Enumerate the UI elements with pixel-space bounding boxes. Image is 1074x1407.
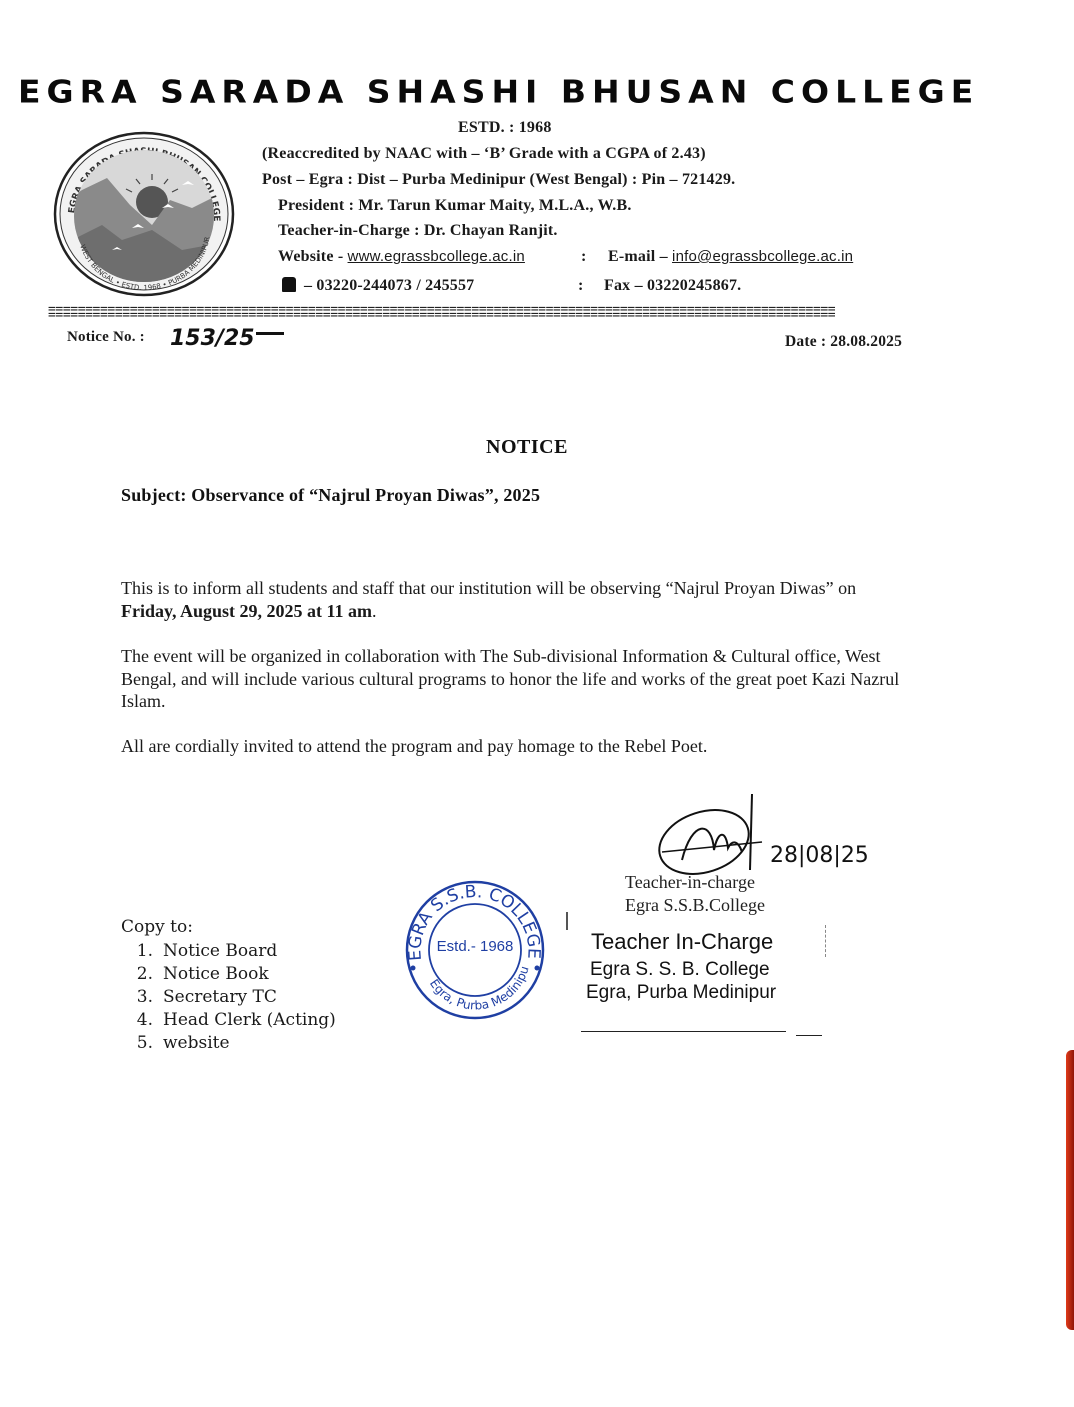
office-stamp-college: Egra S. S. B. College bbox=[590, 959, 770, 981]
stamp-center-text: Estd.- 1968 bbox=[428, 938, 522, 955]
item-text: Head Clerk (Acting) bbox=[163, 1010, 336, 1030]
email-link[interactable]: info@egrassbcollege.ac.in bbox=[672, 248, 853, 265]
website-link[interactable]: www.egrassbcollege.ac.in bbox=[348, 248, 525, 265]
phone-line: – 03220-244073 / 245557 bbox=[282, 277, 474, 295]
copy-to-list: 1.Notice Board 2.Notice Book 3.Secretary… bbox=[121, 940, 336, 1055]
para1-text: This is to inform all students and staff… bbox=[121, 578, 856, 598]
list-item: 1.Notice Board bbox=[121, 940, 336, 963]
item-text: Secretary TC bbox=[163, 987, 277, 1007]
office-stamp-location: Egra, Purba Medinipur bbox=[586, 982, 776, 1004]
notice-heading: NOTICE bbox=[486, 436, 568, 459]
notice-date: Date : 28.08.2025 bbox=[785, 333, 902, 351]
office-stamp-title: Teacher In-Charge bbox=[591, 929, 773, 955]
college-name: EGRA SARADA SHASHI BHUSAN COLLEGE bbox=[18, 73, 1028, 110]
round-stamp: EGRA S.S.B. COLLEGE Egra, Purba Medinipu… bbox=[400, 878, 550, 1020]
telephone-icon bbox=[282, 277, 296, 292]
notice-paragraph-1: This is to inform all students and staff… bbox=[121, 577, 911, 622]
teacher-in-charge-line: Teacher-in-Charge : Dr. Chayan Ranjit. bbox=[278, 222, 558, 240]
address: Post – Egra : Dist – Purba Medinipur (We… bbox=[262, 171, 735, 189]
notice-paragraph-2: The event will be organized in collabora… bbox=[121, 645, 921, 713]
separator-2: : bbox=[578, 277, 584, 295]
notice-subject: Subject: Observance of “Najrul Proyan Di… bbox=[121, 485, 540, 506]
signatory-institution: Egra S.S.B.College bbox=[625, 895, 765, 916]
email-line: E-mail – info@egrassbcollege.ac.in bbox=[608, 248, 853, 266]
website-label: Website - bbox=[278, 248, 348, 265]
list-item: 4.Head Clerk (Acting) bbox=[121, 1009, 336, 1032]
phone-numbers: – 03220-244073 / 245557 bbox=[304, 277, 474, 294]
separator: : bbox=[581, 248, 587, 266]
notice-paragraph-3: All are cordially invited to attend the … bbox=[121, 735, 921, 758]
item-number: 5. bbox=[121, 1032, 153, 1055]
notice-number: 153/25 bbox=[170, 326, 255, 351]
list-item: 5.website bbox=[121, 1032, 336, 1055]
item-text: Notice Board bbox=[163, 941, 277, 961]
website-line: Website - www.egrassbcollege.ac.in bbox=[278, 248, 525, 266]
email-label: E-mail – bbox=[608, 248, 672, 265]
established: ESTD. : 1968 bbox=[458, 119, 552, 137]
president: President : Mr. Tarun Kumar Maity, M.L.A… bbox=[278, 197, 632, 215]
notice-no-label: Notice No. : bbox=[67, 329, 145, 346]
item-text: website bbox=[163, 1033, 230, 1053]
item-text: Notice Book bbox=[163, 964, 269, 984]
list-item: 2.Notice Book bbox=[121, 963, 336, 986]
signature-icon bbox=[652, 790, 772, 880]
stamp-border-edge bbox=[825, 925, 827, 957]
signatory-title: Teacher-in-charge bbox=[625, 872, 755, 893]
college-logo: EGRA SARADA SHASHI BHUSAN COLLEGE WEST B… bbox=[52, 130, 236, 298]
stamp-underline bbox=[581, 1031, 786, 1032]
notice-no-handwritten: 153/25 bbox=[170, 326, 284, 351]
item-number: 1. bbox=[121, 940, 153, 963]
stamp-mark bbox=[566, 912, 568, 930]
college-emblem-icon: EGRA SARADA SHASHI BHUSAN COLLEGE WEST B… bbox=[52, 130, 236, 298]
copy-to-label: Copy to: bbox=[121, 917, 193, 937]
item-number: 3. bbox=[121, 986, 153, 1009]
event-datetime: Friday, August 29, 2025 at 11 am bbox=[121, 601, 372, 621]
stamp-underline-tail bbox=[796, 1035, 822, 1036]
item-number: 4. bbox=[121, 1009, 153, 1032]
handwritten-underline bbox=[256, 332, 284, 335]
signature-date: 28|08|25 bbox=[770, 843, 869, 868]
list-item: 3.Secretary TC bbox=[121, 986, 336, 1009]
item-number: 2. bbox=[121, 963, 153, 986]
page-edge-artifact bbox=[1066, 1050, 1074, 1330]
header-rule-2: ========================================… bbox=[48, 312, 982, 320]
accreditation: (Reaccredited by NAAC with – ‘B’ Grade w… bbox=[262, 145, 706, 163]
para1-end: . bbox=[372, 601, 377, 621]
fax: Fax – 03220245867. bbox=[604, 277, 741, 295]
